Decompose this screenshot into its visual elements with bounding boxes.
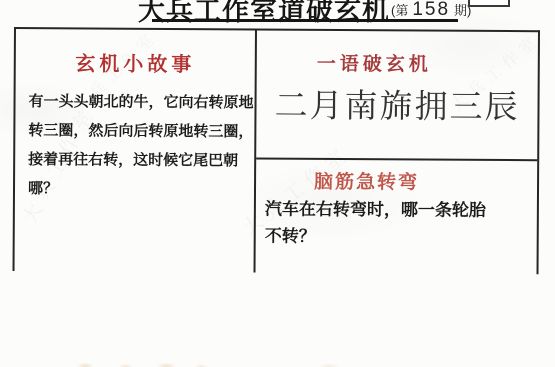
bottom-cutoff-artifact [62,358,352,367]
story-line: 有一头头朝北的牛，它向右转原地 [28,87,250,117]
story-panel: 玄机小故事 有一头头朝北的牛，它向右转原地 转三圈，然后向后转原地转三圈， 接着… [15,29,257,272]
issue-prefix: (第 [391,0,408,19]
riddle-line: 汽车在右转弯时，哪一条轮胎 [265,196,486,224]
issue-value: 158 [412,0,450,21]
cutoff-box-fragment [468,0,510,7]
scanned-sheet: 大兵工作室 大兵工作室 大兵工作室 大兵工作室 大兵工作室道破玄机 (第 158… [0,0,555,367]
page-title: 大兵工作室道破玄机 [138,0,390,28]
right-column: 一语破玄机 二月南旆拥三辰 脑筋急转弯 汽车在右转弯时，哪一条轮胎 不转？ [256,30,538,274]
riddle-text: 汽车在右转弯时，哪一条轮胎 不转？ [265,196,486,251]
story-heading: 玄机小故事 [16,47,255,77]
content-box: 玄机小故事 有一头头朝北的牛，它向右转原地 转三圈，然后向后转原地转三圈， 接着… [13,27,540,274]
story-line: 转三圈，然后向后转原地转三圈， [28,116,250,146]
story-line: 接着再往右转，这时候它尾巴朝 [28,145,250,175]
issue-number: (第 158 期) [391,0,471,21]
hint-panel: 一语破玄机 二月南旆拥三辰 [256,30,538,161]
riddle-heading: 脑筋急转弯 [314,167,419,195]
riddle-panel: 脑筋急转弯 汽车在右转弯时，哪一条轮胎 不转？ [256,159,538,274]
riddle-line: 不转？ [265,223,486,251]
hint-phrase: 二月南旆拥三辰 [256,79,537,128]
story-line: 哪？ [28,174,250,204]
story-text: 有一头头朝北的牛，它向右转原地 转三圈，然后向后转原地转三圈， 接着再往右转，这… [28,87,251,204]
hint-heading: 一语破玄机 [317,49,432,77]
